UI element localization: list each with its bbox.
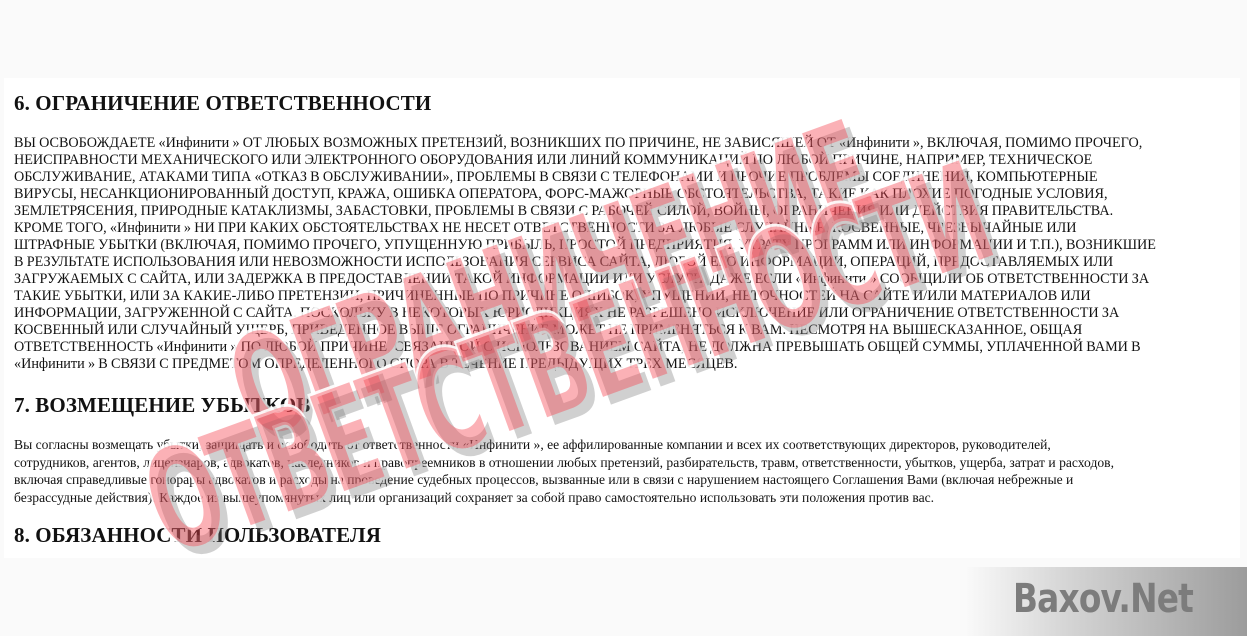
paragraph-line: ЗАГРУЖАЕМЫХ С САЙТА, ИЛИ ЗАДЕРЖКА В ПРЕД… bbox=[14, 271, 1236, 288]
paragraph-line: КОСВЕННЫЙ ИЛИ СЛУЧАЙНЫЙ УЩЕРБ, ПРИВЕДЕНН… bbox=[14, 322, 1236, 339]
paragraph-line: ВЫ ОСВОБОЖДАЕТЕ «Инфинити » ОТ ЛЮБЫХ ВОЗ… bbox=[14, 135, 1236, 152]
section-title-indemnification: 7. ВОЗМЕЩЕНИЕ УБЫТКОВ bbox=[14, 393, 310, 418]
section-title-liability-limitation: 6. ОГРАНИЧЕНИЕ ОТВЕТСТВЕННОСТИ bbox=[14, 91, 431, 116]
paragraph-line: ТАКИЕ УБЫТКИ, ИЛИ ЗА КАКИЕ-ЛИБО ПРЕТЕНЗИ… bbox=[14, 288, 1236, 305]
paragraph-line: сотрудников, агентов, лицензиаров, адвок… bbox=[14, 454, 1236, 472]
site-logo-text: Baxov.Net bbox=[1013, 576, 1193, 622]
paragraph-line: ЗЕМЛЕТРЯСЕНИЯ, ПРИРОДНЫЕ КАТАКЛИЗМЫ, ЗАБ… bbox=[14, 203, 1236, 220]
section-body-indemnification: Вы согласны возмещать убытки, защищать и… bbox=[14, 436, 1236, 506]
paragraph-line: «Инфинити » В СВЯЗИ С ПРЕДМЕТОМ ОПРЕДЕЛЕ… bbox=[14, 356, 1236, 373]
paragraph-line: ОБСЛУЖИВАНИЕ, АТАКАМИ ТИПА «ОТКАЗ В ОБСЛ… bbox=[14, 169, 1236, 186]
paragraph-line: ШТРАФНЫЕ УБЫТКИ (ВКЛЮЧАЯ, ПОМИМО ПРОЧЕГО… bbox=[14, 237, 1236, 254]
section-body-liability-limitation: ВЫ ОСВОБОЖДАЕТЕ «Инфинити » ОТ ЛЮБЫХ ВОЗ… bbox=[14, 135, 1236, 373]
site-logo-watermark: Baxov.Net bbox=[965, 567, 1247, 636]
paragraph-line: включая справедливые гонорары адвокатов … bbox=[14, 471, 1236, 489]
paragraph-line: ВИРУСЫ, НЕСАНКЦИОНИРОВАННЫЙ ДОСТУП, КРАЖ… bbox=[14, 186, 1236, 203]
paragraph-line: В РЕЗУЛЬТАТЕ ИСПОЛЬЗОВАНИЯ ИЛИ НЕВОЗМОЖН… bbox=[14, 254, 1236, 271]
section-title-user-obligations: 8. ОБЯЗАННОСТИ ПОЛЬЗОВАТЕЛЯ bbox=[14, 523, 381, 548]
paragraph-line: ИНФОРМАЦИИ, ЗАГРУЖЕННОЙ С САЙТА. ПОСКОЛЬ… bbox=[14, 305, 1236, 322]
paragraph-line: НЕИСПРАВНОСТИ МЕХАНИЧЕСКОГО ИЛИ ЭЛЕКТРОН… bbox=[14, 152, 1236, 169]
paragraph-line: ОТВЕТСТВЕННОСТЬ «Инфинити » ПО ЛЮБОЙ ПРИ… bbox=[14, 339, 1236, 356]
paragraph-line: КРОМЕ ТОГО, «Инфинити » НИ ПРИ КАКИХ ОБС… bbox=[14, 220, 1236, 237]
paragraph-line: безрассудные действия). Каждое из вышеуп… bbox=[14, 489, 1236, 507]
document-page: 6. ОГРАНИЧЕНИЕ ОТВЕТСТВЕННОСТИ ВЫ ОСВОБО… bbox=[4, 78, 1240, 558]
paragraph-line: Вы согласны возмещать убытки, защищать и… bbox=[14, 436, 1236, 454]
